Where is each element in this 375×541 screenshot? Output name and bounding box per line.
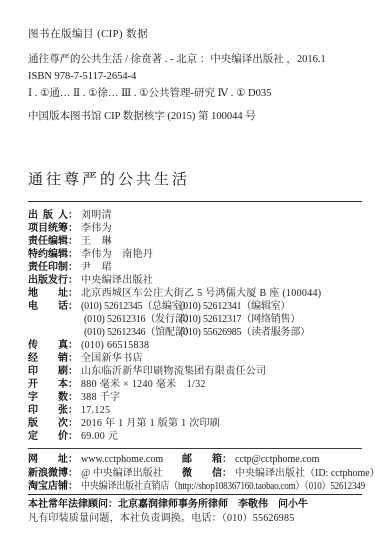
field-label: 项目统筹 [28, 222, 68, 235]
cip-block: 图书在版编目 (CIP) 数据 通往尊严的公共生活 / 徐贲著 . - 北京 ：… [28, 28, 361, 124]
weibo-handle: @ 中央编译出版社 [81, 467, 163, 481]
taobao-store: 中央编译出版社直销店（http://shop108367160.taobao.c… [81, 480, 365, 494]
field-label: 传真 [28, 339, 68, 352]
field-value: (010) 66515838 [81, 340, 149, 351]
phone-number: (010) 52612345（总编室） [81, 300, 184, 313]
email-address: cctp@cctphome.com [235, 453, 319, 467]
colophon-row-printing: 印刷：山东临沂新华印刷物流集团有限责任公司 [28, 365, 369, 378]
phone-number: (010) 52612346（馆配部） [84, 326, 187, 339]
cip-heading: 图书在版编目 (CIP) 数据 [28, 28, 361, 42]
field-label: 印张 [28, 404, 68, 417]
field-value: 北京西城区车公庄大街乙 5 号鸿儒大厦 B 座 (100044) [81, 288, 321, 299]
colophon-row-word-count: 字数：388 千字 [28, 391, 369, 404]
book-title: 通往尊严的公共生活 [28, 170, 190, 190]
label-colon: ： [68, 210, 78, 221]
isbn-line: ISBN 978-7-5117-2654-4 [28, 68, 361, 85]
colophon: 出版人：刘明清 项目统筹：李伟为 责任编辑：王 琳 特约编辑：李伟为 南艳丹 责… [28, 209, 369, 443]
field-label: 网址 [28, 453, 68, 467]
field-value: 李伟为 [81, 223, 112, 234]
classification-line: Ⅰ . ①通… Ⅱ . ①徐… Ⅲ . ①公共管理-研究 Ⅳ . ① D035 [28, 85, 361, 102]
field-label: 责任编辑 [28, 235, 68, 248]
field-label: 开本 [28, 378, 68, 391]
colophon-row-format: 开本：880 毫米 × 1240 毫米 1/32 [28, 378, 369, 391]
field-label: 责任印制 [28, 261, 68, 274]
label-colon: ： [68, 379, 78, 390]
phone-number: (010) 52612317（网络销售） [180, 313, 300, 326]
colophon-row-print-supervisor: 责任印制：尹 珺 [28, 261, 369, 274]
colophon-row-address: 地址：北京西城区车公庄大街乙 5 号鸿儒大厦 B 座 (100044) [28, 287, 369, 300]
colophon-row-sheets: 印张：17.125 [28, 404, 369, 417]
divider-above-footer [28, 494, 362, 495]
label-colon: ： [68, 353, 78, 364]
label-colon: ： [68, 301, 78, 312]
website-url: www.cctphome.com [81, 453, 163, 467]
field-label: 邮箱 [182, 453, 222, 467]
colophon-row-phone-cont: (010) 52612346（馆配部）(010) 55626985（读者服务部） [28, 326, 369, 339]
field-label: 版次 [28, 417, 68, 430]
contact-col2: 邮箱：cctp@cctphome.com [182, 453, 319, 467]
field-value: 王 琳 [81, 236, 112, 247]
field-value: 李伟为 南艳丹 [81, 249, 153, 260]
label-colon: ： [222, 468, 232, 479]
label-colon: ： [68, 340, 78, 351]
copyright-page: 图书在版编目 (CIP) 数据 通往尊严的公共生活 / 徐贲著 . - 北京 ：… [0, 0, 375, 541]
field-label: 出版人 [28, 209, 68, 222]
field-label: 微信 [182, 467, 222, 481]
divider-above-contact [28, 448, 362, 449]
label-colon: ： [68, 262, 78, 273]
label-colon: ： [68, 418, 78, 429]
contact-col2: 微信：中央编译出版社（ID: cctphome） [182, 467, 375, 481]
label-colon: ： [68, 366, 78, 377]
field-value: 尹 珺 [81, 262, 112, 273]
colophon-row-fax: 传真：(010) 66515838 [28, 339, 369, 352]
label-colon: ： [68, 223, 78, 234]
cip-record-line: 通往尊严的公共生活 / 徐贲著 . - 北京 ：中央编译出版社 ，2016.1 [28, 51, 361, 68]
field-value: 17.125 [81, 405, 110, 416]
colophon-row-project-coordinator: 项目统筹：李伟为 [28, 222, 369, 235]
field-label: 淘宝店铺 [28, 480, 68, 494]
label-colon: ： [68, 392, 78, 403]
divider-under-title [28, 201, 362, 202]
field-label: 字数 [28, 391, 68, 404]
phone-number: (010) 55626985（读者服务部） [180, 326, 310, 339]
colophon-row-responsible-editor: 责任编辑：王 琳 [28, 235, 369, 248]
field-label: 定价 [28, 430, 68, 443]
label-colon: ： [68, 275, 78, 286]
label-colon: ： [68, 405, 78, 416]
cip-registry-line: 中国版本图书馆 CIP 数据核字 (2015) 第 100044 号 [28, 109, 361, 124]
wechat-id: 中央编译出版社（ID: cctphome） [235, 467, 375, 481]
field-value: 69.00 元 [81, 431, 118, 442]
field-label: 地址 [28, 287, 68, 300]
colophon-row-price: 定价：69.00 元 [28, 430, 369, 443]
field-value: 山东临沂新华印刷物流集团有限责任公司 [81, 366, 266, 377]
colophon-row-edition: 版次：2016 年 1 月第 1 版第 1 次印刷 [28, 417, 369, 430]
field-label: 经销 [28, 352, 68, 365]
label-colon: ： [68, 236, 78, 247]
field-value: 2016 年 1 月第 1 版第 1 次印刷 [81, 418, 220, 429]
label-colon: ： [222, 454, 232, 465]
colophon-row-phone: 电话：(010) 52612345（总编室）(010) 52612341（编辑室… [28, 300, 369, 313]
field-label: 特约编辑 [28, 248, 68, 261]
phone-number: (010) 52612341（编辑室） [180, 300, 290, 313]
field-label: 新浪微博 [28, 467, 68, 481]
colophon-row-publisher-person: 出版人：刘明清 [28, 209, 369, 222]
label-colon: ： [68, 431, 78, 442]
contact-row-taobao: 淘宝店铺：中央编译出版社直销店（http://shop108367160.tao… [28, 480, 371, 494]
label-colon: ： [68, 249, 78, 260]
field-label: 印刷 [28, 365, 68, 378]
colophon-row-contract-editor: 特约编辑：李伟为 南艳丹 [28, 248, 369, 261]
label-colon: ： [68, 468, 78, 479]
field-value: 中央编译出版社 [81, 275, 153, 286]
field-value: 388 千字 [81, 392, 120, 403]
colophon-row-distribution: 经销：全国新华书店 [28, 352, 369, 365]
footer-block: 本社常年法律顾问：北京嘉润律师事务所律师 李敬伟 问小牛 凡有印装质量问题，本社… [28, 498, 369, 526]
label-colon: ： [68, 288, 78, 299]
colophon-row-publisher: 出版发行：中央编译出版社 [28, 274, 369, 287]
contact-block: 网址：www.cctphome.com 邮箱：cctp@cctphome.com… [28, 453, 371, 494]
label-colon: ： [68, 454, 78, 465]
quality-notice-line: 凡有印装质量问题，本社负责调换。电话：（010）55626985 [28, 512, 369, 526]
contact-row-weibo-wechat: 新浪微博：@ 中央编译出版社 微信：中央编译出版社（ID: cctphome） [28, 467, 371, 481]
phone-number: (010) 52612316（发行部） [84, 313, 187, 326]
colophon-row-phone-cont: (010) 52612316（发行部）(010) 52612317（网络销售） [28, 313, 369, 326]
field-value: 880 毫米 × 1240 毫米 1/32 [81, 379, 206, 390]
contact-row-website-email: 网址：www.cctphome.com 邮箱：cctp@cctphome.com [28, 453, 371, 467]
field-value: 全国新华书店 [81, 353, 143, 364]
field-value: 刘明清 [81, 210, 112, 221]
field-label: 出版发行 [28, 274, 68, 287]
label-colon: ： [68, 481, 78, 492]
legal-counsel-line: 本社常年法律顾问：北京嘉润律师事务所律师 李敬伟 问小牛 [28, 498, 369, 512]
field-label: 电话 [28, 300, 68, 313]
